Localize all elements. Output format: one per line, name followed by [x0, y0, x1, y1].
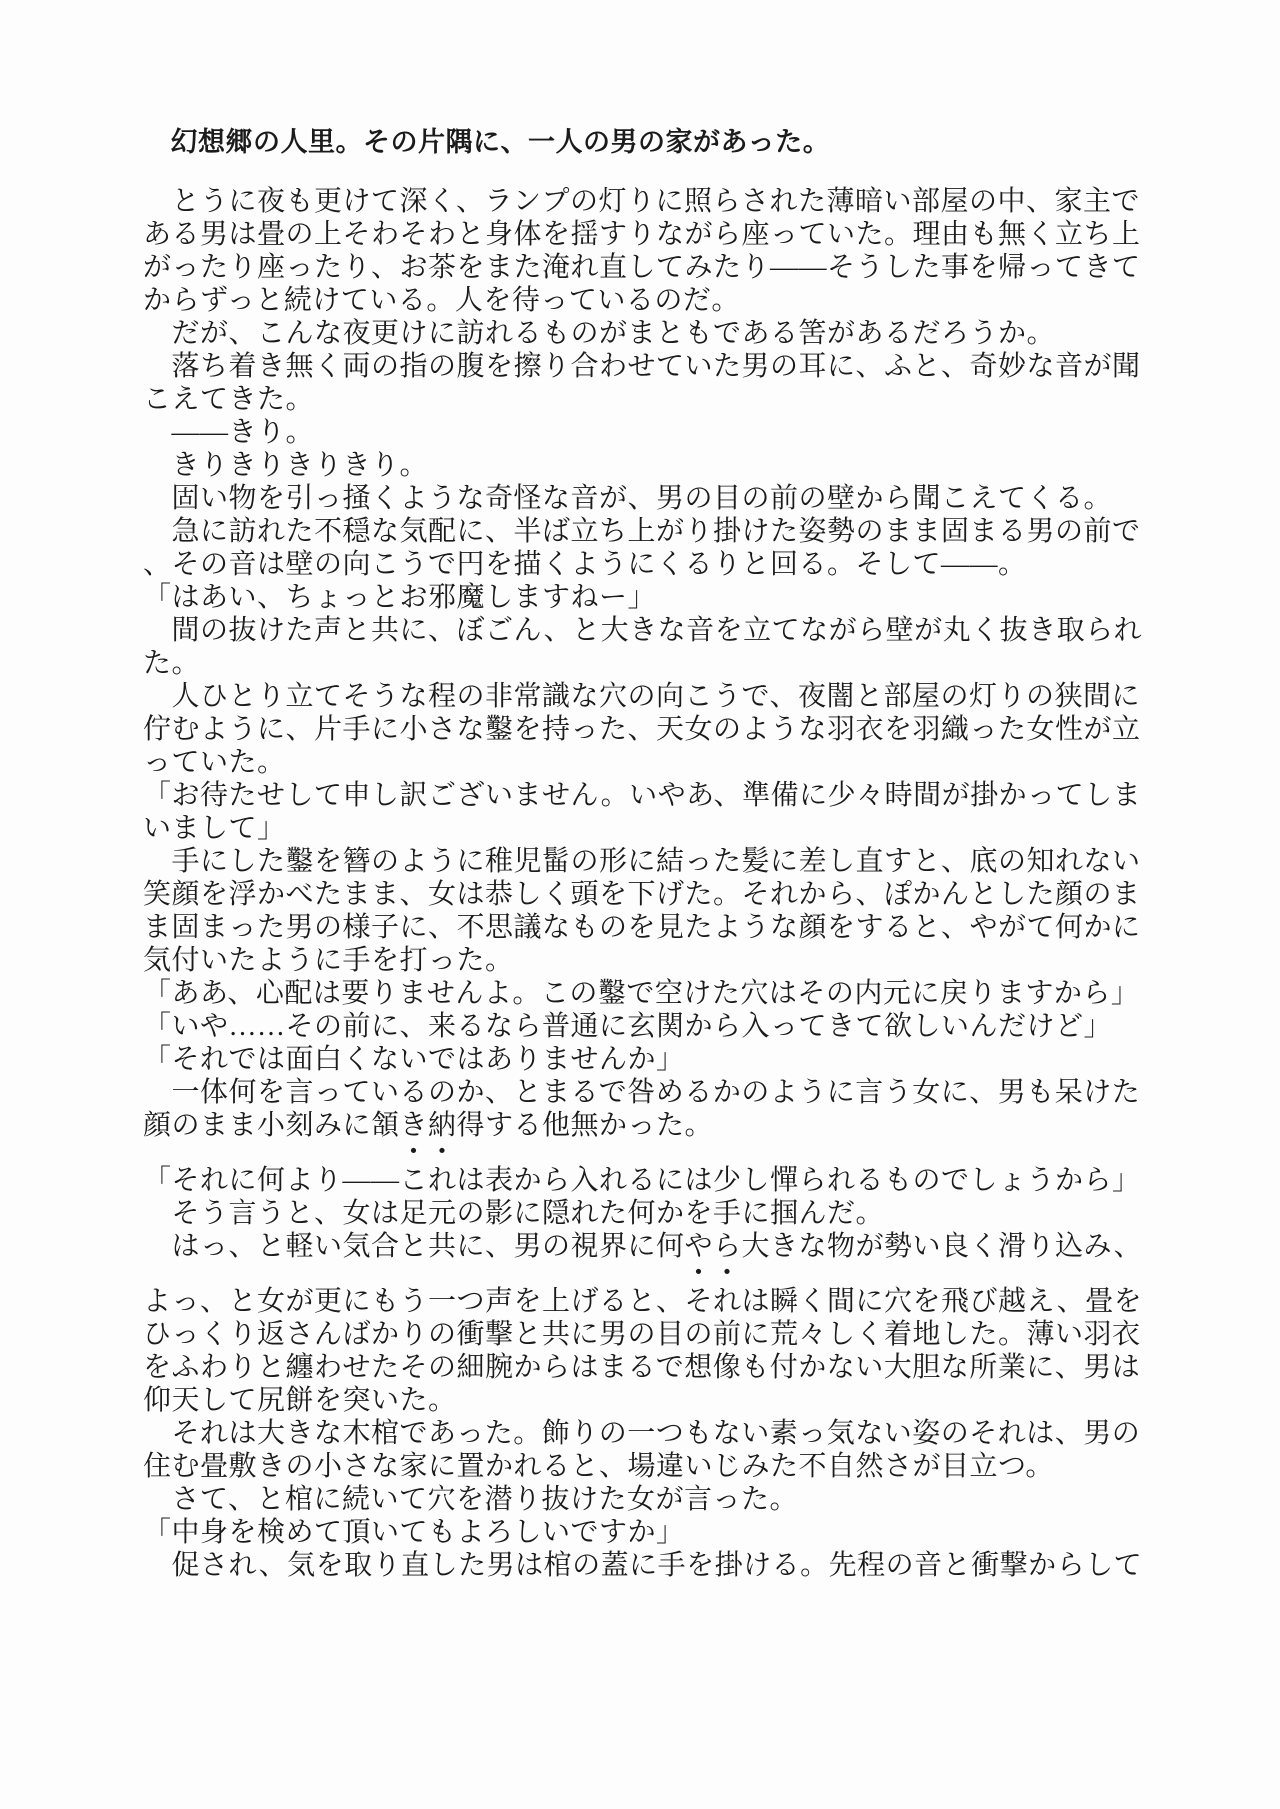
text-line: 手にした鑿を簪のように稚児髷の形に結った髪に差し直すと、底の知れない: [143, 845, 1143, 878]
text-line: いまして」: [143, 812, 1143, 845]
text-line: 人ひとり立てそうな程の非常識な穴の向こうで、夜闇と部屋の灯りの狭間に: [143, 680, 1143, 713]
text-line: 固い物を引っ掻くような奇怪な音が、男の目の前の壁から聞こえてくる。: [143, 482, 1143, 515]
text-line: 気付いたように手を打った。: [143, 944, 1143, 977]
text-line: ――きり。: [143, 416, 1143, 449]
text-line: 間の抜けた声と共に、ぼごん、と大きな音を立てながら壁が丸く抜き取られ: [143, 614, 1143, 647]
text-line: 「中身を検めて頂いてもよろしいですか」: [143, 1516, 1143, 1549]
heading-line: 幻想郷の人里。その片隅に、一人の男の家があった。: [143, 126, 1143, 159]
text-line: 急に訪れた不穏な気配に、半ば立ち上がり掛けた姿勢のまま固まる男の前で: [143, 515, 1143, 548]
text-line: からずっと続けている。人を待っているのだ。: [143, 284, 1143, 317]
text-line: こえてきた。: [143, 383, 1143, 416]
text-line: 仰天して尻餅を突いた。: [143, 1384, 1143, 1417]
text-line: 一体何を言っているのか、とまるで咎めるかのように言う女に、男も呆けた: [143, 1076, 1143, 1109]
text-line: 「はあい、ちょっとお邪魔しますねー」: [143, 581, 1143, 614]
text-line: 促され、気を取り直した男は棺の蓋に手を掛ける。先程の音と衝撃からして: [143, 1549, 1143, 1582]
novel-page: 幻想郷の人里。その片隅に、一人の男の家があった。 とうに夜も更けて深く、ランプの…: [0, 0, 1280, 1809]
text-line: きりきりきりきり。: [143, 449, 1143, 482]
text-line: ま固まった男の様子に、不思議なものを見たような顔をすると、やがて何かに: [143, 911, 1143, 944]
emphasis-dots-line: ・・: [143, 1142, 1143, 1164]
text-line: ある男は畳の上そわそわと身体を揺すりながら座っていた。理由も無く立ち上: [143, 218, 1143, 251]
text-block: 幻想郷の人里。その片隅に、一人の男の家があった。 とうに夜も更けて深く、ランプの…: [143, 126, 1143, 1582]
text-line: 落ち着き無く両の指の腹を擦り合わせていた男の耳に、ふと、奇妙な音が聞: [143, 350, 1143, 383]
text-line: だが、こんな夜更けに訪れるものがまともである筈があるだろうか。: [143, 317, 1143, 350]
text-line: 「いや……その前に、来るなら普通に玄関から入ってきて欲しいんだけど」: [143, 1010, 1143, 1043]
emphasis-dots-line: ・・: [143, 1263, 1143, 1285]
text-line: 「それに何より――これは表から入れるには少し憚られるものでしょうから」: [143, 1164, 1143, 1197]
text-line: さて、と棺に続いて穴を潜り抜けた女が言った。: [143, 1483, 1143, 1516]
text-line: 佇むように、片手に小さな鑿を持った、天女のような羽衣を羽織った女性が立: [143, 713, 1143, 746]
text-line: 「ああ、心配は要りませんよ。この鑿で空けた穴はその内元に戻りますから」: [143, 977, 1143, 1010]
text-line: よっ、と女が更にもう一つ声を上げると、それは瞬く間に穴を飛び越え、畳を: [143, 1285, 1143, 1318]
text-line: ひっくり返さんばかりの衝撃と共に男の目の前に荒々しく着地した。薄い羽衣: [143, 1318, 1143, 1351]
text-line: がったり座ったり、お茶をまた淹れ直してみたり――そうした事を帰ってきて: [143, 251, 1143, 284]
text-line: 笑顔を浮かべたまま、女は恭しく頭を下げた。それから、ぽかんとした顔のま: [143, 878, 1143, 911]
text-line: っていた。: [143, 746, 1143, 779]
text-line: た。: [143, 647, 1143, 680]
text-line: それは大きな木棺であった。飾りの一つもない素っ気ない姿のそれは、男の: [143, 1417, 1143, 1450]
text-line: をふわりと纏わせたその細腕からはまるで想像も付かない大胆な所業に、男は: [143, 1351, 1143, 1384]
text-line: とうに夜も更けて深く、ランプの灯りに照らされた薄暗い部屋の中、家主で: [143, 185, 1143, 218]
text-line: 「それでは面白くないではありませんか」: [143, 1043, 1143, 1076]
text-line: 住む畳敷きの小さな家に置かれると、場違いじみた不自然さが目立つ。: [143, 1450, 1143, 1483]
text-line: そう言うと、女は足元の影に隠れた何かを手に掴んだ。: [143, 1197, 1143, 1230]
text-line: 、その音は壁の向こうで円を描くようにくるりと回る。そして――。: [143, 548, 1143, 581]
text-line: 「お待たせして申し訳ございません。いやあ、準備に少々時間が掛かってしま: [143, 779, 1143, 812]
